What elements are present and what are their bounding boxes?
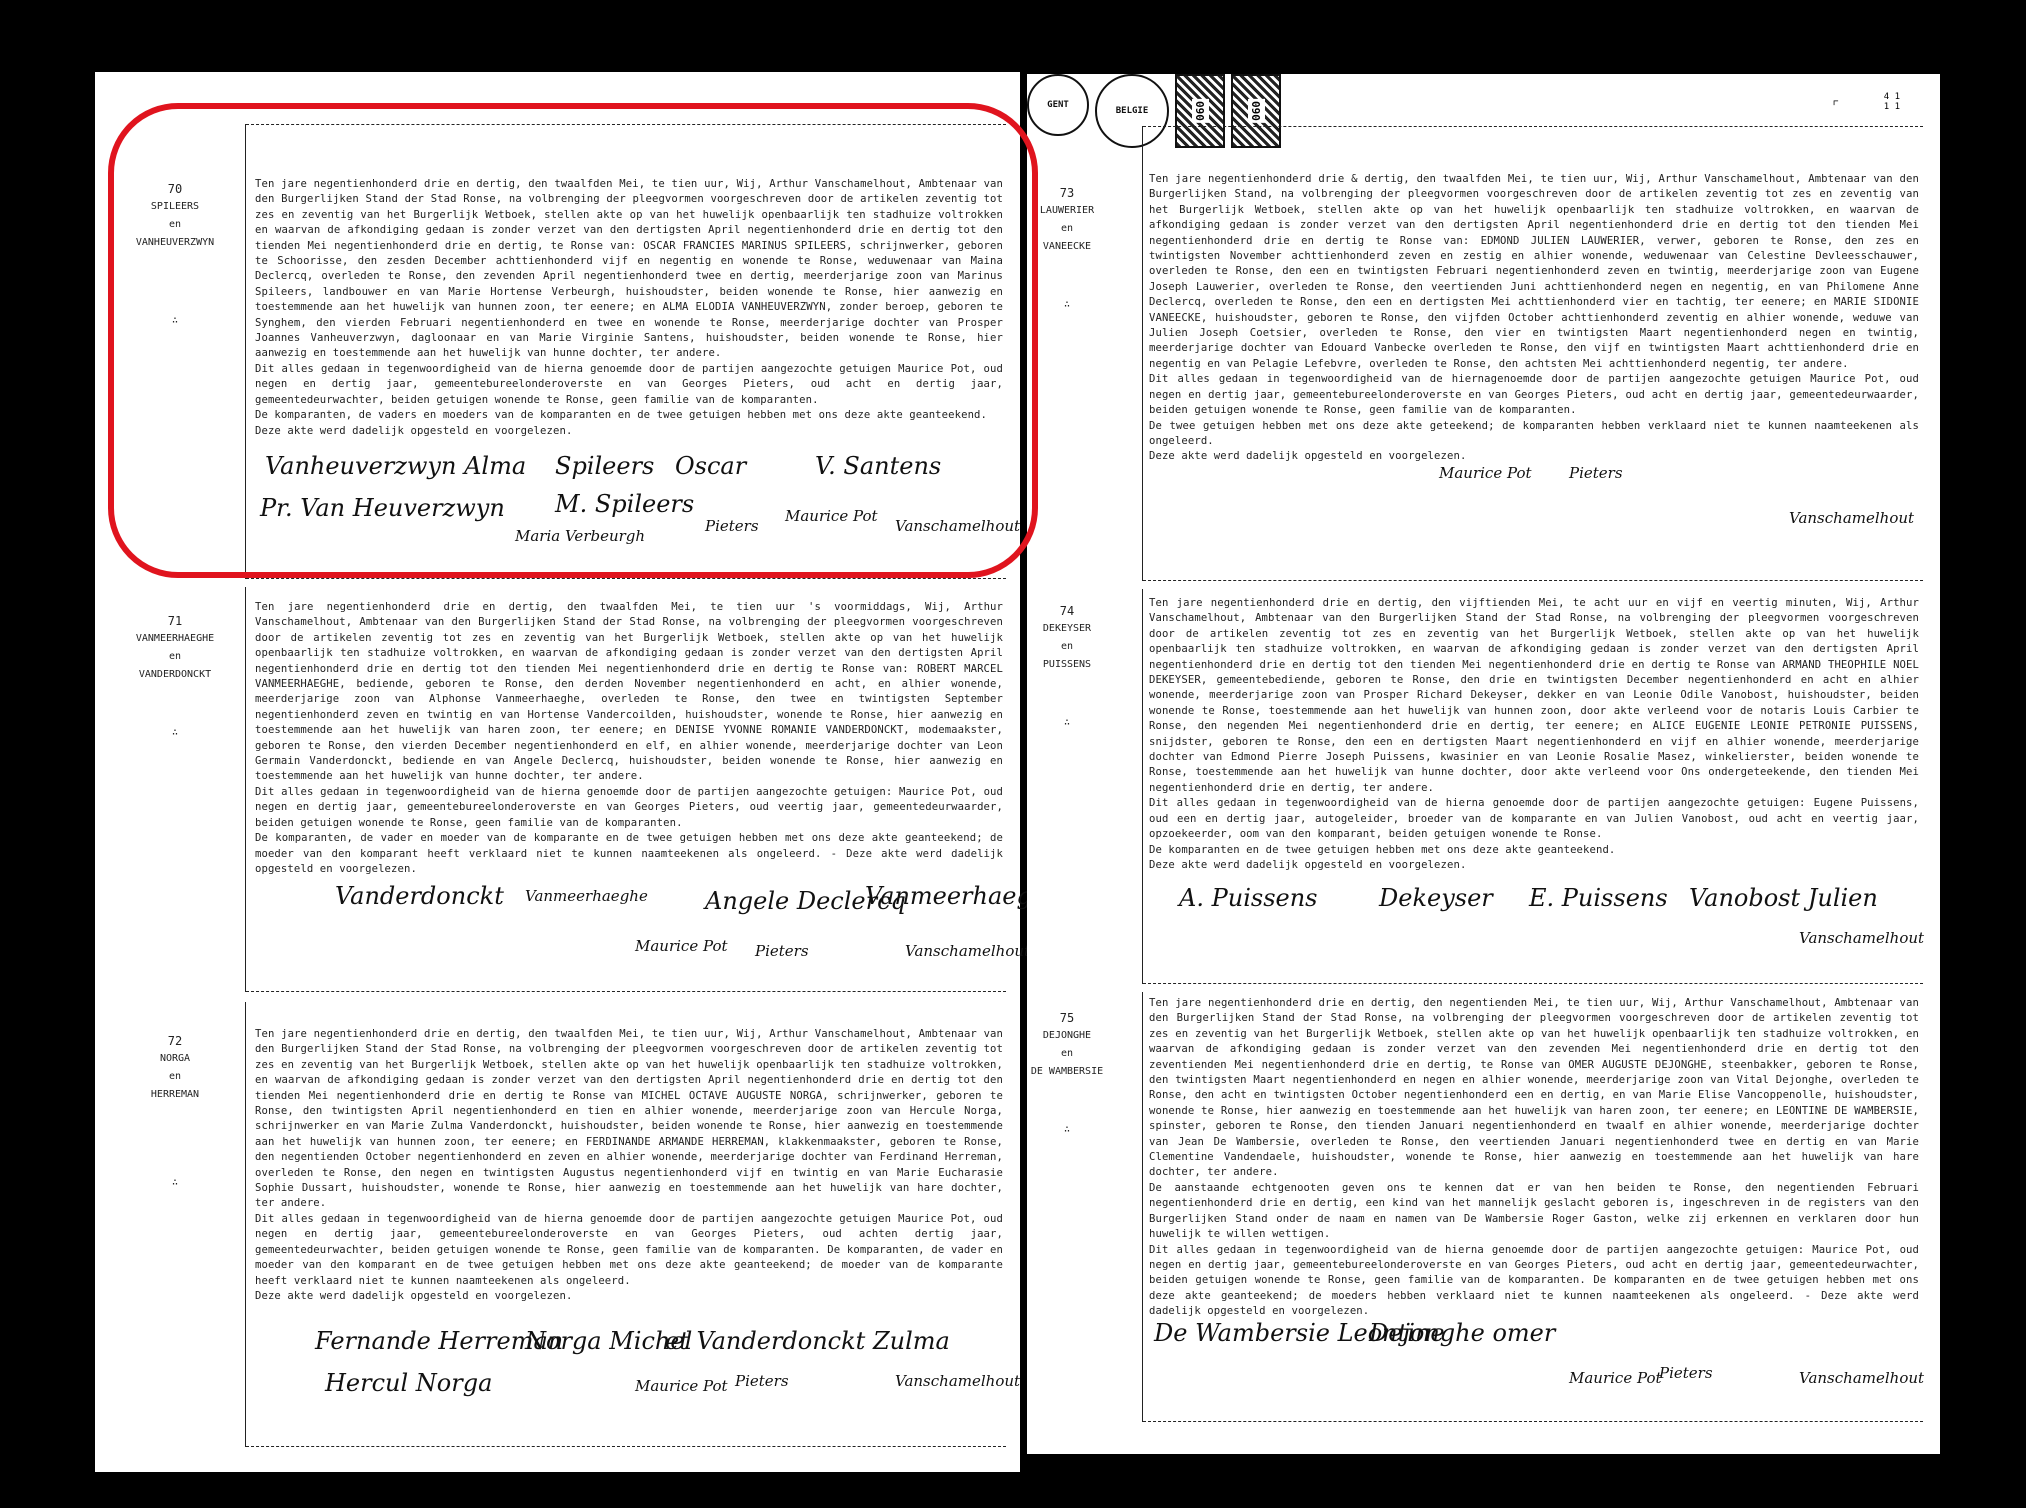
record-paragraph: Dit alles gedaan in tegenwoordigheid van… [255, 1212, 1003, 1289]
margin-name-groom: LAUWERIER [992, 202, 1142, 220]
margin-mark-icon: ∴ [100, 724, 250, 742]
divider [1143, 983, 1923, 984]
signature: Vanmeerhaeghe [525, 887, 648, 905]
record-text-70: Ten jare negentienhonderd drie en dertig… [255, 177, 1003, 439]
record-number: 73 [992, 184, 1142, 202]
signature: Oscar [675, 452, 746, 480]
signature: M. Spileers [555, 490, 694, 518]
record-paragraph: Deze akte werd dadelijk opgesteld en voo… [1149, 858, 1919, 873]
divider [1143, 1421, 1923, 1422]
margin-mark-icon: ∴ [992, 714, 1142, 732]
signature: Vanschamelhout [1799, 929, 1924, 947]
signature: Maurice Pot [785, 507, 878, 525]
signature: Vanobost Julien [1689, 884, 1878, 912]
margin-name-bride: VANDERDONCKT [100, 666, 250, 684]
signature-block-74: A. Puissens Dekeyser E. Puissens Vanobos… [1149, 884, 1919, 974]
divider [246, 124, 1006, 125]
signature: Vanheuverzwyn Alma [265, 452, 526, 480]
signature: Pieters [1659, 1364, 1713, 1382]
seal-stamp-icon: GENT [1027, 74, 1089, 136]
margin-conjunction: en [100, 1068, 250, 1086]
margin-name-bride: HERREMAN [100, 1086, 250, 1104]
signature: Spileers [555, 452, 654, 480]
record-margin-71: 71 VANMEERHAEGHE en VANDERDONCKT ∴ [100, 612, 250, 742]
record-paragraph: Ten jare negentienhonderd drie en dertig… [1149, 596, 1919, 796]
fiscal-stamp-value: 060 [1192, 99, 1209, 123]
signature: Vanderdonckt [335, 882, 504, 910]
record-paragraph: Ten jare negentienhonderd drie en dertig… [255, 1027, 1003, 1212]
record-paragraph: Dit alles gedaan in tegenwoordigheid van… [255, 785, 1003, 831]
divider [1143, 126, 1923, 127]
signature-block-71: Vanderdonckt Vanmeerhaeghe Angele Decler… [255, 882, 1005, 982]
signature: Maria Verbeurgh [515, 527, 645, 545]
record-paragraph: Dit alles gedaan in tegenwoordigheid van… [1149, 372, 1919, 418]
signature: Pieters [735, 1372, 789, 1390]
record-number: 72 [100, 1032, 250, 1050]
record-paragraph: Dit alles gedaan in tegenwoordigheid van… [255, 362, 1003, 408]
signature-block-70: Vanheuverzwyn Alma Spileers Oscar V. San… [255, 452, 1005, 562]
margin-mark-icon: ∴ [100, 312, 250, 330]
signature-block-73: Maurice Pot Pieters Vanschamelhout [1149, 464, 1919, 564]
margin-name-bride: PUISSENS [992, 656, 1142, 674]
signature: Dejonghe omer [1369, 1319, 1555, 1347]
margin-conjunction: en [100, 648, 250, 666]
divider [246, 991, 1006, 992]
signature: Vanschamelhout [1789, 509, 1914, 527]
page-number: 4 1 1 1 [1884, 92, 1900, 112]
margin-name-groom: VANMEERHAEGHE [100, 630, 250, 648]
fiscal-stamp-value: 060 [1248, 99, 1265, 123]
record-margin-73: 73 LAUWERIER en VANEECKE ∴ [992, 184, 1142, 314]
record-paragraph: De komparanten, de vaders en moeders van… [255, 408, 1003, 423]
record-paragraph: Deze akte werd dadelijk opgesteld en voo… [1149, 449, 1919, 464]
record-margin-74: 74 DEKEYSER en PUISSENS ∴ [992, 602, 1142, 732]
corner-mark-icon: ⌜ [1832, 98, 1840, 114]
signature: Pr. Van Heuverzwyn [260, 494, 505, 522]
record-paragraph: Deze akte werd dadelijk opgesteld en voo… [255, 424, 1003, 439]
margin-conjunction: en [992, 638, 1142, 656]
signature: et Vanderdonckt Zulma [665, 1327, 950, 1355]
margin-name-groom: NORGA [100, 1050, 250, 1068]
record-paragraph: Ten jare negentienhonderd drie en dertig… [1149, 996, 1919, 1181]
record-paragraph: De komparanten, de vader en moeder van d… [255, 831, 1003, 877]
record-paragraph: Ten jare negentienhonderd drie en dertig… [255, 600, 1003, 785]
signature: E. Puissens [1529, 884, 1668, 912]
record-text-72: Ten jare negentienhonderd drie en dertig… [255, 1027, 1003, 1304]
record-text-73: Ten jare negentienhonderd drie & dertig,… [1149, 172, 1919, 465]
signature: Vanschamelhout [895, 1372, 1020, 1390]
margin-name-bride: DE WAMBERSIE [992, 1063, 1142, 1081]
margin-conjunction: en [100, 216, 250, 234]
signature: A. Puissens [1179, 884, 1317, 912]
margin-mark-icon: ∴ [100, 1174, 250, 1192]
record-text-74: Ten jare negentienhonderd drie en dertig… [1149, 596, 1919, 873]
divider [1143, 580, 1923, 581]
margin-conjunction: en [992, 1045, 1142, 1063]
record-paragraph: De twee getuigen hebben met ons deze akt… [1149, 419, 1919, 450]
register-page-left: 70 SPILEERS en VANHEUVERZWYN ∴ Ten jare … [95, 72, 1020, 1472]
record-paragraph: Dit alles gedaan in tegenwoordigheid van… [1149, 1243, 1919, 1320]
signature-block-72: Fernande Herreman Norga Michel et Vander… [255, 1327, 1005, 1427]
signature: V. Santens [815, 452, 941, 480]
record-margin-75: 75 DEJONGHE en DE WAMBERSIE ∴ [992, 1009, 1142, 1139]
margin-name-groom: DEJONGHE [992, 1027, 1142, 1045]
signature: Maurice Pot [635, 1377, 728, 1395]
margin-name-groom: SPILEERS [100, 198, 250, 216]
record-number: 71 [100, 612, 250, 630]
record-margin-70: 70 SPILEERS en VANHEUVERZWYN ∴ [100, 180, 250, 330]
record-number: 74 [992, 602, 1142, 620]
signature: Vanschamelhout [905, 942, 1030, 960]
margin-name-bride: VANEECKE [992, 238, 1142, 256]
register-page-right: GENT BELGIE 060 060 ⌜ 4 1 1 1 73 LAUWERI… [1027, 74, 1940, 1454]
record-number: 70 [100, 180, 250, 198]
signature: Maurice Pot [1569, 1369, 1662, 1387]
record-text-75: Ten jare negentienhonderd drie en dertig… [1149, 996, 1919, 1320]
margin-mark-icon: ∴ [992, 1121, 1142, 1139]
signature: Pieters [755, 942, 809, 960]
record-paragraph: De komparanten en de twee getuigen hebbe… [1149, 843, 1919, 858]
divider [246, 1446, 1006, 1447]
signature: Vanschamelhout [895, 517, 1020, 535]
record-paragraph: Ten jare negentienhonderd drie en dertig… [255, 177, 1003, 362]
record-paragraph: Ten jare negentienhonderd drie & dertig,… [1149, 172, 1919, 372]
margin-name-bride: VANHEUVERZWYN [100, 234, 250, 252]
record-text-71: Ten jare negentienhonderd drie en dertig… [255, 600, 1003, 877]
record-paragraph: Dit alles gedaan in tegenwoordigheid van… [1149, 796, 1919, 842]
margin-name-groom: DEKEYSER [992, 620, 1142, 638]
signature: Pieters [705, 517, 759, 535]
divider [246, 578, 1006, 579]
record-paragraph: Deze akte werd dadelijk opgesteld en voo… [255, 1289, 1003, 1304]
signature: Dekeyser [1379, 884, 1493, 912]
signature: Hercul Norga [325, 1369, 492, 1397]
margin-conjunction: en [992, 220, 1142, 238]
signature-block-75: De Wambersie Leontine Dejonghe omer Maur… [1149, 1319, 1919, 1414]
signature: Maurice Pot [635, 937, 728, 955]
record-number: 75 [992, 1009, 1142, 1027]
signature: Maurice Pot [1439, 464, 1532, 482]
signature: Vanschamelhout [1799, 1369, 1924, 1387]
record-paragraph: De aanstaande echtgenooten geven ons te … [1149, 1181, 1919, 1243]
record-margin-72: 72 NORGA en HERREMAN ∴ [100, 1032, 250, 1192]
signature: Pieters [1569, 464, 1623, 482]
margin-mark-icon: ∴ [992, 296, 1142, 314]
